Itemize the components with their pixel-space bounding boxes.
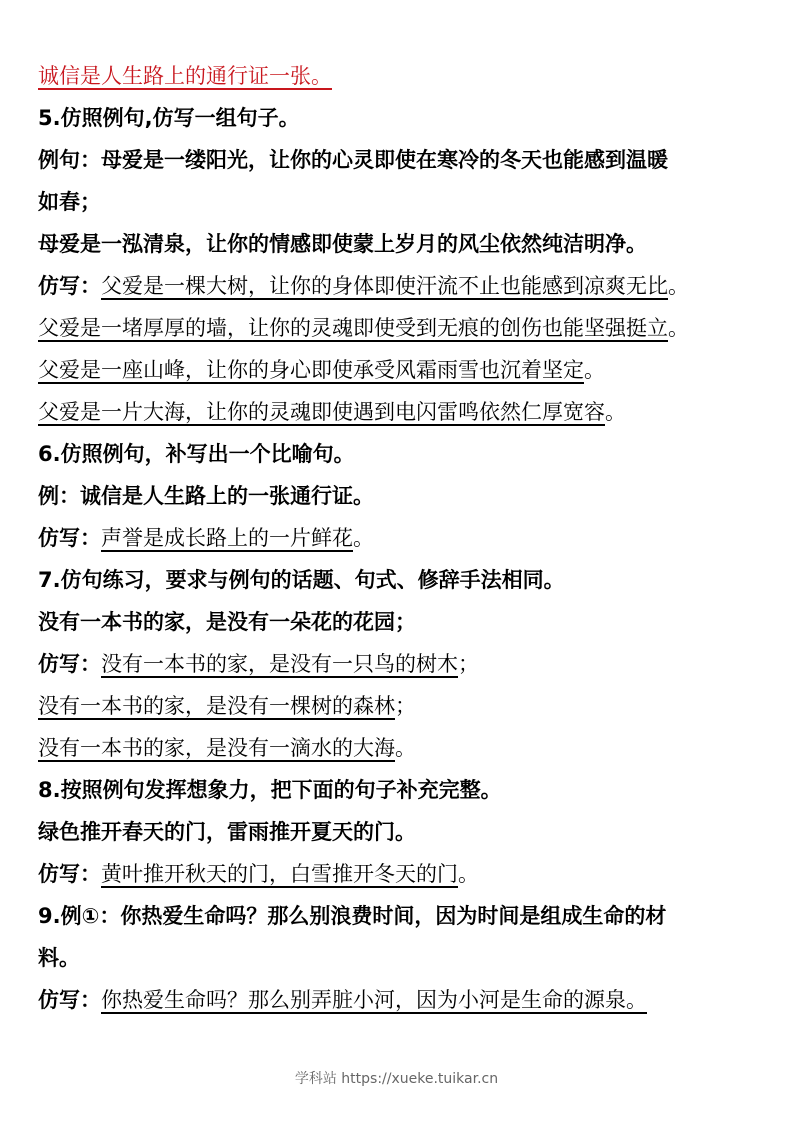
punctuation: 。 <box>395 736 416 760</box>
imitation-label: 仿写： <box>38 526 101 550</box>
example-text: 例：诚信是人生路上的一张通行证。 <box>38 484 374 508</box>
text-line: 绿色推开春天的门，雷雨推开夏天的门。 <box>38 818 416 846</box>
example-text: 例句：母爱是一缕阳光，让你的心灵即使在寒冷的冬天也能感到温暖 <box>38 148 668 172</box>
text-line: 例句：母爱是一缕阳光，让你的心灵即使在寒冷的冬天也能感到温暖 <box>38 146 668 174</box>
text-line: 6.仿照例句，补写出一个比喻句。 <box>38 440 355 468</box>
punctuation: 。 <box>584 358 605 382</box>
text-line: 9.例①：你热爱生命吗？那么别浪费时间，因为时间是组成生命的材 <box>38 902 666 930</box>
footer-watermark: 学科站 https://xueke.tuikar.cn <box>0 1068 793 1088</box>
punctuation: 。 <box>668 274 689 298</box>
example-text: 料。 <box>38 946 80 970</box>
question-heading: 6.仿照例句，补写出一个比喻句。 <box>38 442 355 466</box>
imitation-label: 仿写： <box>38 988 101 1012</box>
punctuation: 。 <box>353 526 374 550</box>
answer-text: 诚信是人生路上的通行证一张。 <box>38 64 332 88</box>
text-line: 仿写：你热爱生命吗？那么别弄脏小河，因为小河是生命的源泉。 <box>38 986 647 1014</box>
punctuation: 。 <box>605 400 626 424</box>
imitation-label: 仿写： <box>38 862 101 886</box>
text-line: 诚信是人生路上的通行证一张。 <box>38 62 332 90</box>
text-line: 如春； <box>38 188 101 216</box>
punctuation: 。 <box>668 316 689 340</box>
answer-text: 黄叶推开秋天的门，白雪推开冬天的门 <box>101 862 458 886</box>
punctuation: 。 <box>458 862 479 886</box>
question-heading: 8.按照例句发挥想象力，把下面的句子补充完整。 <box>38 778 502 802</box>
text-line: 5.仿照例句,仿写一组句子。 <box>38 104 300 132</box>
question-heading: 7.仿句练习，要求与例句的话题、句式、修辞手法相同。 <box>38 568 565 592</box>
answer-text: 父爱是一片大海，让你的灵魂即使遇到电闪雷鸣依然仁厚宽容 <box>38 400 605 424</box>
text-line: 7.仿句练习，要求与例句的话题、句式、修辞手法相同。 <box>38 566 565 594</box>
answer-text: 你热爱生命吗？那么别弄脏小河，因为小河是生命的源泉。 <box>101 988 647 1012</box>
example-text: 没有一本书的家，是没有一朵花的花园； <box>38 610 416 634</box>
text-line: 没有一本书的家，是没有一棵树的森林； <box>38 692 416 720</box>
answer-text: 父爱是一堵厚厚的墙，让你的灵魂即使受到无痕的创伤也能坚强挺立 <box>38 316 668 340</box>
text-line: 父爱是一座山峰，让你的身心即使承受风霜雨雪也沉着坚定。 <box>38 356 605 384</box>
text-line: 仿写：声誉是成长路上的一片鲜花。 <box>38 524 374 552</box>
question-heading: 5.仿照例句,仿写一组句子。 <box>38 106 300 130</box>
punctuation: ； <box>458 652 479 676</box>
example-text: 绿色推开春天的门，雷雨推开夏天的门。 <box>38 820 416 844</box>
text-line: 没有一本书的家，是没有一滴水的大海。 <box>38 734 416 762</box>
text-line: 仿写：父爱是一棵大树，让你的身体即使汗流不止也能感到凉爽无比。 <box>38 272 689 300</box>
imitation-label: 仿写： <box>38 652 101 676</box>
answer-text: 父爱是一座山峰，让你的身心即使承受风霜雨雪也沉着坚定 <box>38 358 584 382</box>
example-text: 如春； <box>38 190 101 214</box>
text-line: 母爱是一泓清泉，让你的情感即使蒙上岁月的风尘依然纯洁明净。 <box>38 230 647 258</box>
answer-text: 父爱是一棵大树，让你的身体即使汗流不止也能感到凉爽无比 <box>101 274 668 298</box>
answer-text: 声誉是成长路上的一片鲜花 <box>101 526 353 550</box>
imitation-label: 仿写： <box>38 274 101 298</box>
text-line: 8.按照例句发挥想象力，把下面的句子补充完整。 <box>38 776 502 804</box>
text-line: 仿写：没有一本书的家，是没有一只鸟的树木； <box>38 650 479 678</box>
question-heading: 9.例①：你热爱生命吗？那么别浪费时间，因为时间是组成生命的材 <box>38 904 666 928</box>
answer-text: 没有一本书的家，是没有一滴水的大海 <box>38 736 395 760</box>
text-line: 例：诚信是人生路上的一张通行证。 <box>38 482 374 510</box>
text-line: 父爱是一片大海，让你的灵魂即使遇到电闪雷鸣依然仁厚宽容。 <box>38 398 626 426</box>
answer-text: 没有一本书的家，是没有一只鸟的树木 <box>101 652 458 676</box>
text-line: 没有一本书的家，是没有一朵花的花园； <box>38 608 416 636</box>
text-line: 料。 <box>38 944 80 972</box>
text-line: 仿写：黄叶推开秋天的门，白雪推开冬天的门。 <box>38 860 479 888</box>
answer-text: 没有一本书的家，是没有一棵树的森林 <box>38 694 395 718</box>
example-text: 母爱是一泓清泉，让你的情感即使蒙上岁月的风尘依然纯洁明净。 <box>38 232 647 256</box>
text-line: 父爱是一堵厚厚的墙，让你的灵魂即使受到无痕的创伤也能坚强挺立。 <box>38 314 689 342</box>
punctuation: ； <box>395 694 416 718</box>
